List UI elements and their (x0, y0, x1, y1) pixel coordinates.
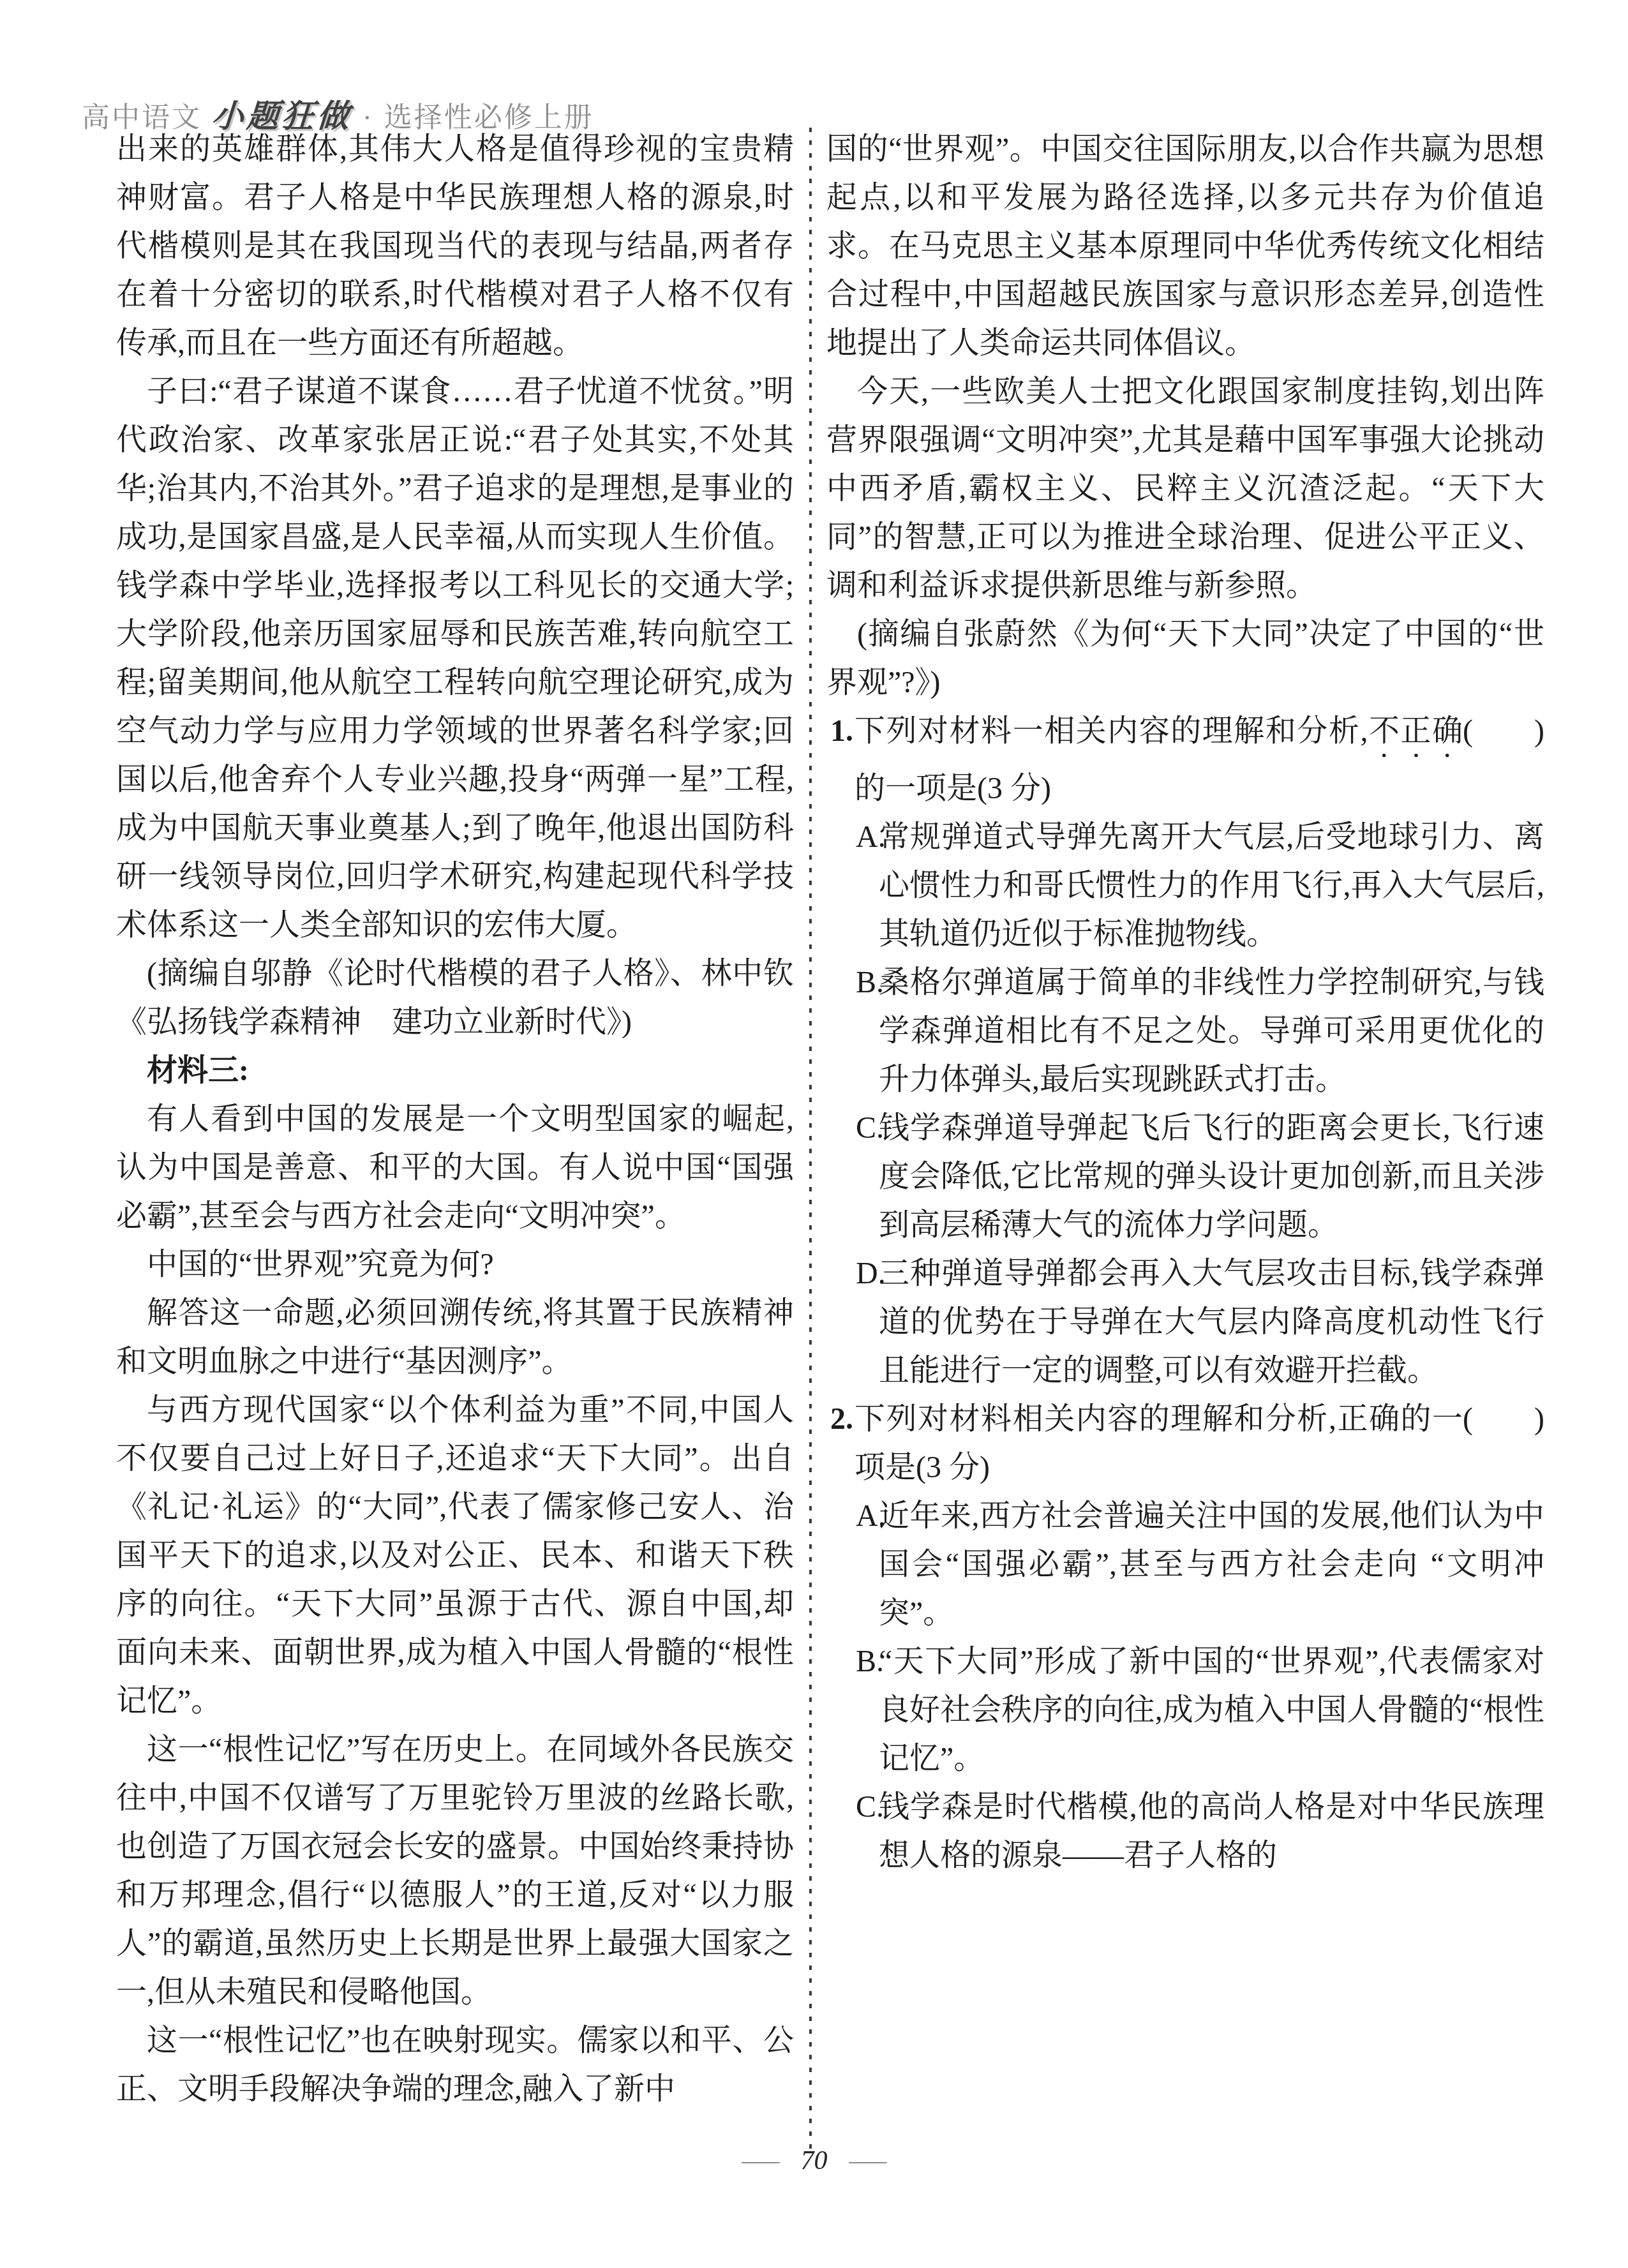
footer-dash-left: — (742, 2145, 779, 2176)
option-text: 近年来,西方社会普遍关注中国的发展,他们认为中国会“国强必霸”,甚至与西方社会走… (879, 1499, 1544, 1630)
paragraph: 今天,一些欧美人士把文化跟国家制度挂钩,划出阵营界限强调“文明冲突”,尤其是藉中… (826, 368, 1544, 610)
column-divider (809, 128, 812, 2151)
para-continuation: 国的“世界观”。中国交往国际朋友,以合作共赢为思想起点,以和平发展为路径选择,以… (826, 125, 1544, 368)
option-text: 三种弹道导弹都会再入大气层攻击目标,钱学森弹道的优势在于导弹在大气层内降高度机动… (879, 1257, 1544, 1387)
question-stem: ( )下列对材料一相关内容的理解和分析,不正确的一项是(3 分) (855, 707, 1544, 813)
paragraph: 这一“根性记忆”也在映射现实。儒家以和平、公正、文明手段解决争端的理念,融入了新… (116, 2017, 794, 2114)
paragraph: 解答这一命题,必须回溯传统,将其置于民族精神和文明血脉之中进行“基因测序”。 (116, 1289, 794, 1386)
stem-text: 下列对材料一相关内容的理解和分析, (855, 714, 1368, 748)
question-stem: ( )下列对材料相关内容的理解和分析,正确的一项是(3 分) (855, 1395, 1544, 1492)
option-text: 钱学森是时代楷模,他的高尚人格是对中华民族理想人格的源泉——君子人格的 (879, 1790, 1544, 1872)
choice-option: C.钱学森弹道导弹起飞后飞行的距离会更长,飞行速度会降低,它比常规的弹头设计更加… (826, 1104, 1544, 1250)
choice-option: C.钱学森是时代楷模,他的高尚人格是对中华民族理想人格的源泉——君子人格的 (826, 1783, 1544, 1880)
option-label: A. (856, 1492, 886, 1541)
option-label: D. (856, 1250, 886, 1298)
left-column: 出来的英雄群体,其伟大人格是值得珍视的宝贵精神财富。君子人格是中华民族理想人格的… (116, 125, 794, 2114)
paragraph: 中国的“世界观”究竟为何? (116, 1241, 794, 1289)
paragraph: 子曰:“君子谋道不谋食……君子忧道不忧贫。”明代政治家、改革家张居正说:“君子处… (116, 368, 794, 950)
page-number: 70 (801, 2146, 828, 2175)
choice-option: B.桑格尔弹道属于简单的非线性力学控制研究,与钱学森弹道相比有不足之处。导弹可采… (826, 959, 1544, 1104)
choice-option: B.“天下大同”形成了新中国的“世界观”,代表儒家对良好社会秩序的向往,成为植入… (826, 1638, 1544, 1783)
footer-dash-right: — (849, 2145, 886, 2176)
right-column: 国的“世界观”。中国交往国际朋友,以合作共赢为思想起点,以和平发展为路径选择,以… (826, 125, 1544, 1880)
option-label: B. (856, 959, 884, 1007)
option-label: C. (856, 1783, 884, 1832)
question: 2.( )下列对材料相关内容的理解和分析,正确的一项是(3 分)A.近年来,西方… (826, 1395, 1544, 1880)
choice-option: A.近年来,西方社会普遍关注中国的发展,他们认为中国会“国强必霸”,甚至与西方社… (826, 1492, 1544, 1638)
stem-text: 下列对材料相关内容的理解和分析,正确的一项是(3 分) (855, 1402, 1463, 1484)
answer-bracket: ( ) (1463, 1395, 1544, 1444)
option-text: 桑格尔弹道属于简单的非线性力学控制研究,与钱学森弹道相比有不足之处。导弹可采用更… (879, 966, 1544, 1096)
textbook-page: 高中语文 小题狂做 · 选择性必修上册 出来的英雄群体,其伟大人格是值得珍视的宝… (0, 0, 1628, 2268)
material-heading: 材料三: (116, 1047, 794, 1095)
paragraph: 这一“根性记忆”写在历史上。在同域外各民族交往中,中国不仅谱写了万里驼铃万里波的… (116, 1726, 794, 2017)
choice-option: A.常规弹道式导弹先离开大气层,后受地球引力、离心惯性力和哥氏惯性力的作用飞行,… (826, 813, 1544, 959)
answer-bracket: ( ) (1463, 707, 1544, 756)
choice-option: D.三种弹道导弹都会再入大气层攻击目标,钱学森弹道的优势在于导弹在大气层内降高度… (826, 1250, 1544, 1395)
option-label: C. (856, 1104, 884, 1153)
option-text: “天下大同”形成了新中国的“世界观”,代表儒家对良好社会秩序的向往,成为植入中国… (879, 1645, 1544, 1775)
stem-text: 的一项是(3 分) (855, 772, 1051, 805)
option-label: B. (856, 1638, 884, 1686)
stem-emphasized-text: 不正确 (1368, 714, 1463, 748)
option-label: A. (856, 813, 886, 862)
para-continuation: 出来的英雄群体,其伟大人格是值得珍视的宝贵精神财富。君子人格是中华民族理想人格的… (116, 125, 794, 368)
question-number: 1. (830, 707, 853, 756)
paragraph: 有人看到中国的发展是一个文明型国家的崛起,认为中国是善意、和平的大国。有人说中国… (116, 1095, 794, 1241)
attribution: (摘编自邬静《论时代楷模的君子人格》、林中钦《弘扬钱学森精神 建功立业新时代》) (116, 950, 794, 1047)
question-number: 2. (830, 1395, 853, 1444)
attribution: (摘编自张蔚然《为何“天下大同”决定了中国的“世界观”?》) (826, 610, 1544, 707)
option-text: 钱学森弹道导弹起飞后飞行的距离会更长,飞行速度会降低,它比常规的弹头设计更加创新… (879, 1111, 1544, 1242)
option-text: 常规弹道式导弹先离开大气层,后受地球引力、离心惯性力和哥氏惯性力的作用飞行,再入… (879, 820, 1544, 951)
question: 1.( )下列对材料一相关内容的理解和分析,不正确的一项是(3 分)A.常规弹道… (826, 707, 1544, 1395)
page-footer: —70— (0, 2145, 1628, 2176)
paragraph: 与西方现代国家“以个体利益为重”不同,中国人不仅要自己过上好日子,还追求“天下大… (116, 1386, 794, 1726)
